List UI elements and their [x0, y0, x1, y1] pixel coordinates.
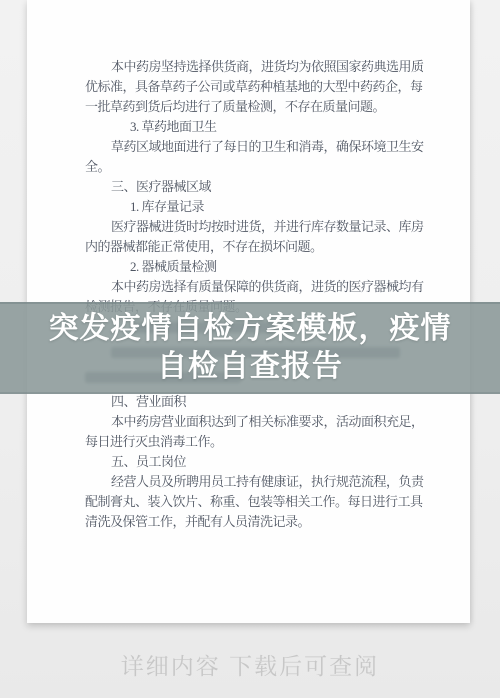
document-text-block: 本中药房坚持选择供货商，进货均为依照国家药典选用质优标准，具备草药子公司或草药种… — [85, 57, 425, 532]
document-line: 草药区域地面进行了每日的卫生和消毒，确保环境卫生安 — [85, 137, 425, 157]
document-line: 优标准，具备草药子公司或草药种植基地的大型中药药企，每 — [85, 77, 425, 97]
document-line: 四、营业面积 — [85, 392, 425, 412]
document-line: 内的器械都能正常使用，不存在损坏问题。 — [85, 237, 425, 257]
document-line: 全。 — [85, 157, 425, 177]
document-line: 三、医疗器械区域 — [85, 177, 425, 197]
overlay-title-line-1: 突发疫情自检方案模板，疫情 — [49, 310, 452, 348]
document-line: 医疗器械进货时均按时进货，并进行库存数量记录、库房 — [85, 217, 425, 237]
document-line: 每日进行灭虫消毒工作。 — [85, 432, 425, 452]
document-line: 清洗及保管工作，并配有人员清洗记录。 — [85, 512, 425, 532]
document-line: 配制膏丸、装入饮片、称重、包装等相关工作。每日进行工具 — [85, 492, 425, 512]
document-line: 本中药房选择有质量保障的供货商，进货的医疗器械均有 — [85, 277, 425, 297]
document-line: 五、员工岗位 — [85, 452, 425, 472]
document-line: 本中药房坚持选择供货商，进货均为依照国家药典选用质 — [85, 57, 425, 77]
overlay-title-line-2: 自检自查报告 — [157, 348, 343, 386]
document-line: 本中药房营业面积达到了相关标准要求，活动面积充足， — [85, 412, 425, 432]
preview-canvas: 本中药房坚持选择供货商，进货均为依照国家药典选用质优标准，具备草药子公司或草药种… — [0, 0, 500, 698]
title-overlay-banner: 突发疫情自检方案模板，疫情 自检自查报告 — [0, 302, 500, 394]
document-line: 3. 草药地面卫生 — [85, 117, 425, 137]
document-line: 1. 库存量记录 — [85, 197, 425, 217]
document-line: 一批草药到货后均进行了质量检测，不存在质量问题。 — [85, 97, 425, 117]
footer-hint: 详细内容 下载后可查阅 — [0, 648, 500, 684]
document-line: 经营人员及所聘用员工持有健康证，执行规范流程，负责 — [85, 472, 425, 492]
document-line: 2. 器械质量检测 — [85, 257, 425, 277]
